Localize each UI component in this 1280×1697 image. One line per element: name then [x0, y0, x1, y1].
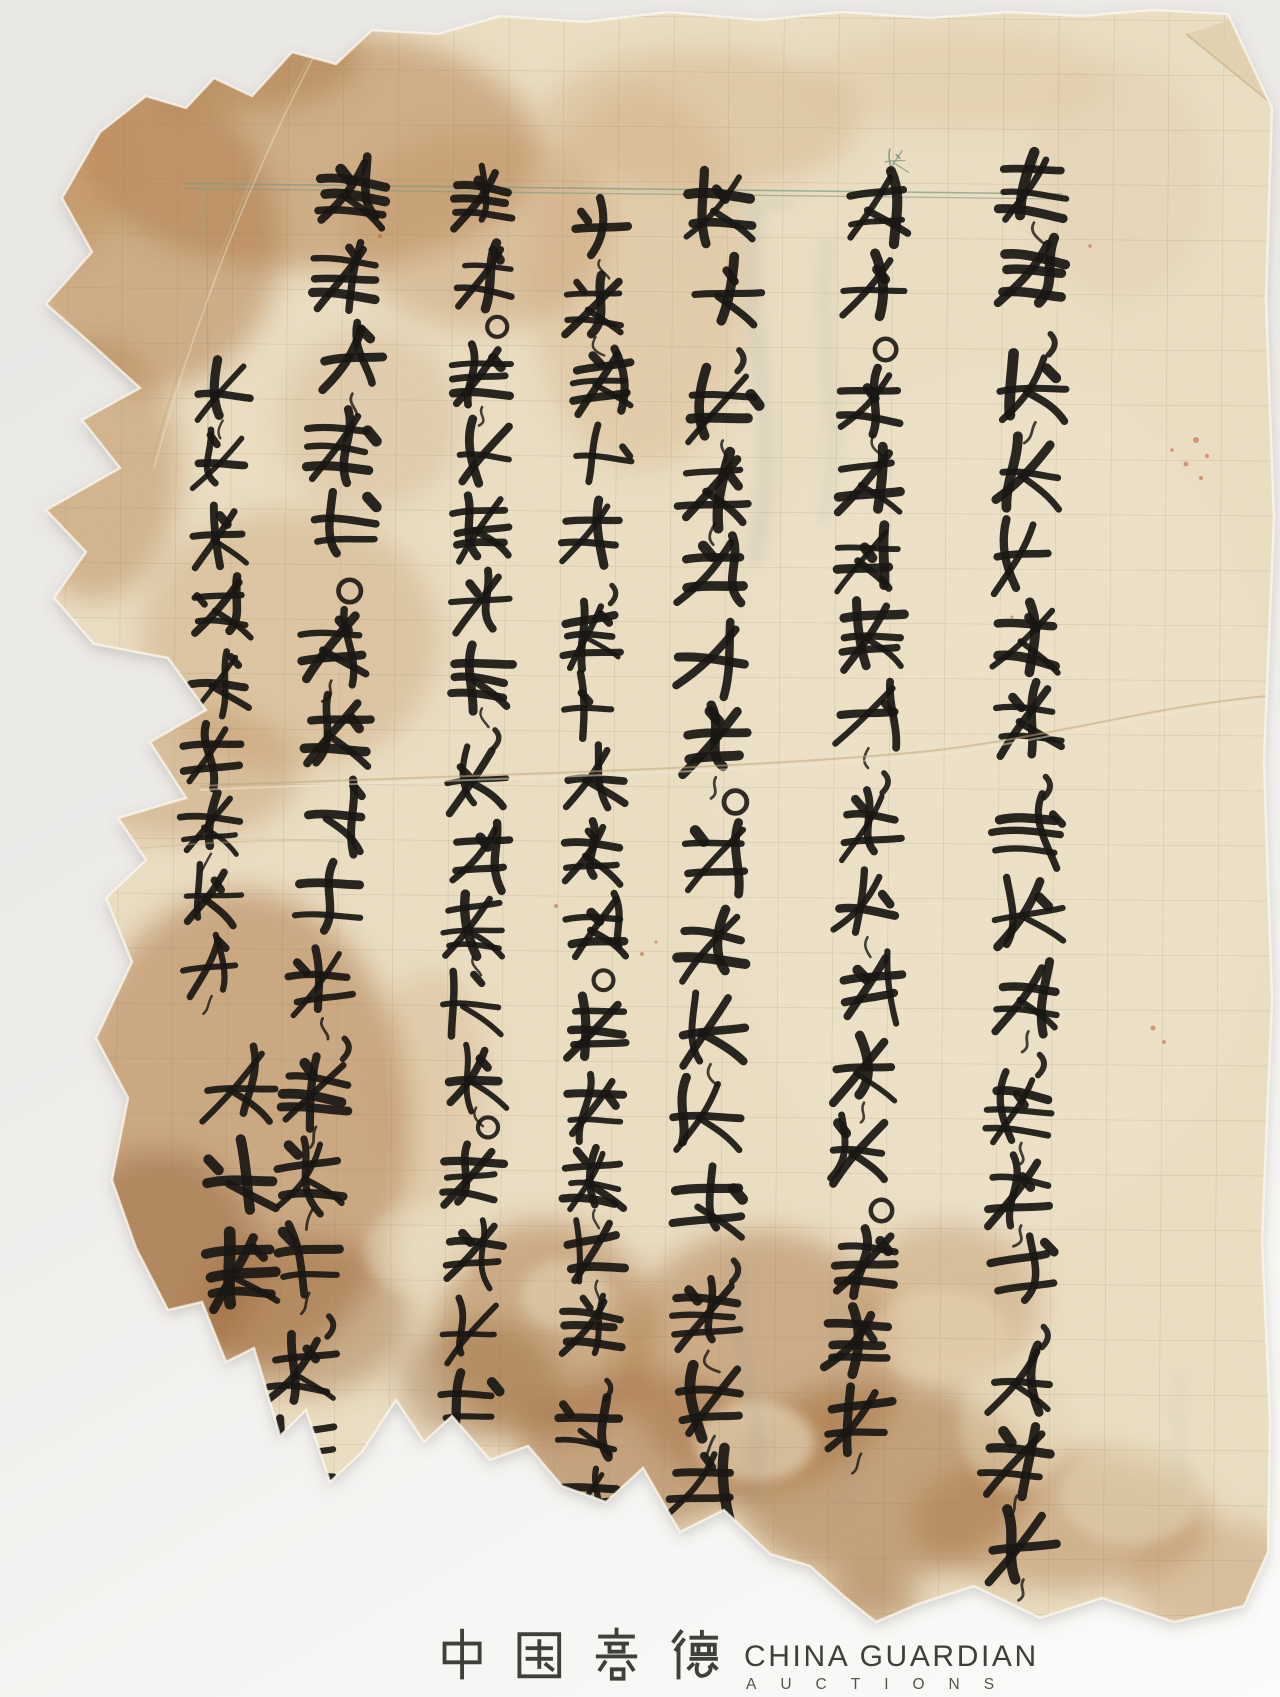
glyph-jia: [598, 1630, 635, 1679]
glyph-guo: [519, 1634, 559, 1676]
watermark-sub: AUCTIONS: [746, 1676, 1018, 1693]
scan-backdrop: CHINA GUARDIAN AUCTIONS: [0, 0, 1280, 1697]
manuscript-scan: CHINA GUARDIAN AUCTIONS: [0, 0, 1280, 1697]
watermark-en: CHINA GUARDIAN: [744, 1640, 1039, 1673]
paper-grain-texture: [0, 0, 1280, 1697]
glyph-zhong: [445, 1631, 480, 1678]
glyph-de: [674, 1632, 716, 1678]
watermark-cn-logo: [445, 1630, 716, 1679]
manuscript-paper: [0, 0, 1280, 1697]
auction-house-watermark: CHINA GUARDIAN AUCTIONS: [445, 1630, 1039, 1693]
